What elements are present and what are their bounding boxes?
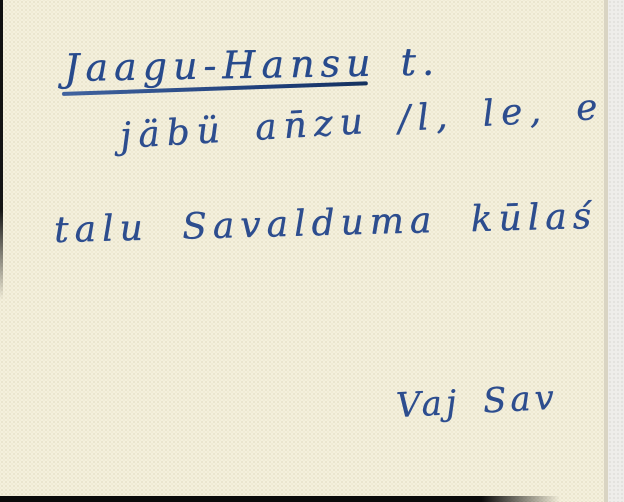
handwritten-line-3: talu Savalduma kūlaś	[53, 196, 597, 251]
handwritten-signature-abbreviation: Vaj Sav	[395, 378, 559, 426]
scan-edge-bottom	[0, 496, 560, 502]
scan-edge-left	[0, 0, 3, 300]
index-card-paper: Jaagu-Hansu t. jäbü an̄zu /l, le, et̄ ta…	[0, 0, 607, 502]
handwritten-title-line: Jaagu-Hansu t.	[64, 39, 441, 90]
handwritten-line-2: jäbü an̄zu /l, le, et̄	[119, 85, 624, 157]
scanned-card: Jaagu-Hansu t. jäbü an̄zu /l, le, et̄ ta…	[0, 0, 624, 502]
scanner-background-strip	[608, 0, 624, 502]
